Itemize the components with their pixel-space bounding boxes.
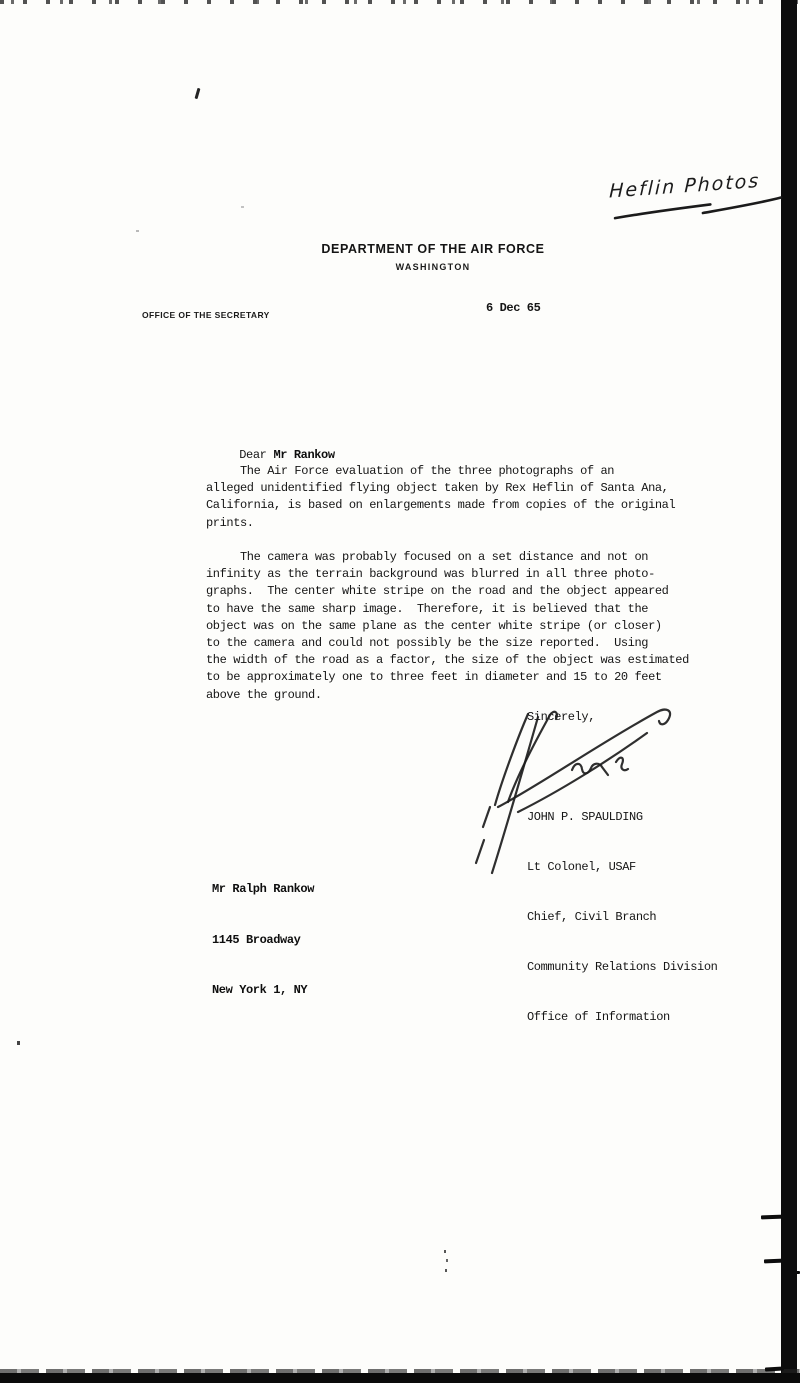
- signature-block: JOHN P. SPAULDING Lt Colonel, USAF Chief…: [527, 776, 717, 1060]
- signature-title: Chief, Civil Branch: [527, 910, 717, 926]
- scan-speck: [136, 230, 139, 232]
- body-paragraph-2: The camera was probably focused on a set…: [206, 549, 689, 704]
- signature-name: JOHN P. SPAULDING: [527, 810, 717, 826]
- letterhead-department: DEPARTMENT OF THE AIR FORCE: [321, 242, 544, 256]
- recipient-name: Mr Ralph Rankow: [212, 882, 314, 898]
- scan-edge-artifact-top: [0, 0, 800, 4]
- recipient-city: New York 1, NY: [212, 983, 314, 999]
- letterhead-office: OFFICE OF THE SECRETARY: [142, 310, 270, 320]
- letterhead-city: WASHINGTON: [396, 262, 471, 272]
- scan-tick-mark: [795, 1271, 800, 1274]
- salutation-prefix: Dear: [239, 448, 266, 462]
- scan-edge-artifact-bottom: [0, 1373, 800, 1383]
- recipient-address: Mr Ralph Rankow 1145 Broadway New York 1…: [212, 848, 314, 1033]
- scan-tick-mark: [764, 1259, 784, 1264]
- scan-slash-mark: [195, 88, 201, 99]
- signature-division: Community Relations Division: [527, 960, 717, 976]
- scan-speck: [17, 1041, 20, 1045]
- signature-office: Office of Information: [527, 1010, 717, 1026]
- salutation-name: Mr Rankow: [273, 448, 334, 462]
- scan-tick-mark: [761, 1215, 784, 1220]
- recipient-street: 1145 Broadway: [212, 933, 314, 949]
- signature-rank: Lt Colonel, USAF: [527, 860, 717, 876]
- scan-speck: [241, 206, 244, 208]
- scan-speck: [446, 1259, 448, 1262]
- scan-speck: [444, 1250, 446, 1253]
- scanned-letter-page: Heflin Photos DEPARTMENT OF THE AIR FORC…: [0, 0, 800, 1383]
- scan-speck: [445, 1269, 447, 1272]
- body-paragraph-1: The Air Force evaluation of the three ph…: [206, 463, 675, 532]
- letter-date: 6 Dec 65: [486, 300, 540, 317]
- handwritten-annotation: Heflin Photos: [608, 168, 796, 233]
